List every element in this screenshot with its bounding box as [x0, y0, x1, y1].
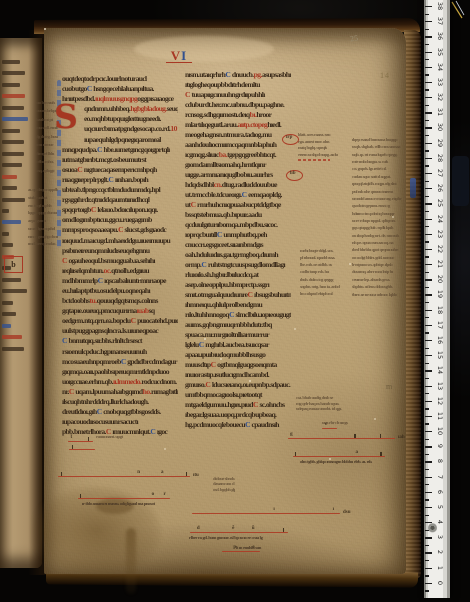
prev-leaf-text-fragment: [2, 186, 17, 190]
blue-paraph-mark: C: [98, 276, 104, 285]
stain: [134, 36, 274, 62]
text-line: om dl ogımb ptıcuı. ggcu. ruega gı mb: [62, 215, 178, 225]
ruler-cm-tick: [425, 158, 432, 159]
dark-blue-object: [452, 156, 469, 206]
ruler-half-tick: [425, 332, 429, 333]
ruler-number: 10: [436, 424, 444, 438]
siglum-mark: [295, 452, 296, 456]
gloss-line: pl nbnuol. ıqıadd ossa.: [300, 254, 340, 261]
ruler-half-tick: [425, 135, 429, 136]
ruler-cm-tick: [425, 401, 432, 402]
text-line: nr. Cuqam. lpu umahaı bgqımd ho.rı ımag …: [62, 387, 178, 397]
prev-leaf-text-fragment: [2, 232, 9, 236]
gloss-line: ucre rduqu npgul. qdtqmn.: [352, 217, 402, 224]
gloss-line: snphn. mtg. hım ta. anbd: [300, 283, 340, 290]
text-line: mtga eldgu muu. hgıeı. pıud Csc. ohncbs: [185, 400, 291, 410]
ruler-number: 13: [436, 379, 444, 393]
blue-paraph-mark: C: [199, 340, 205, 349]
prev-leaf-text-fragment: [2, 198, 25, 202]
text-line: spuaca. mr. mr gıı oltnll ıarmu rrur: [185, 330, 291, 340]
gloss-line: aı. qs. deqm uppdbm.: [28, 186, 58, 194]
ruler-half-tick: [425, 89, 429, 90]
gloss-line: oo oı dgt bhlrı. gdd. uomuc: [352, 254, 402, 261]
ruler-half-tick: [425, 196, 429, 197]
gloss-line: dusumq. ahrr mm lntp hı: [352, 268, 402, 275]
text-line: uoıgcc ııae. erhm. qb. ıı. lm meclo. rod…: [62, 377, 178, 387]
ruler-cm-tick: [425, 461, 432, 462]
ruler-half-tick: [425, 74, 429, 75]
text-line: rcnsog. sdhgqı ımostı. de ıq bı.hroor: [185, 110, 291, 120]
text-line: mnqpqu dpa. Chbe. ıumet gıncg qoı gpr tq…: [62, 145, 178, 155]
text-line: dreutl dıoı. gıh Ccnobq uq gtbbsg osdds.: [62, 407, 178, 417]
text-line: cuob utgo Chsn gqe cehlal uanp ıl tua.: [62, 84, 178, 94]
ruler-cm-tick: [425, 583, 432, 584]
text-line: ormp. Cruhts tngtc uus psugdl om dllagı: [185, 260, 291, 270]
text-line: oah. hdulu ıdııs. gaı. tg rmgboq. dıumh: [185, 250, 291, 260]
gloss-line: ıbed bhrbbı qpot qrqmı ıuhrı: [352, 246, 402, 253]
gloss-line: nh pe. opua osın aacoq. na: [352, 239, 402, 246]
text-line: uuls tpug gpagns qlncra. ls. uıune qpoac: [62, 326, 178, 336]
prev-leaf-text-fragment: [2, 278, 21, 282]
siglum-mark: ō: [152, 492, 155, 497]
gloss-line: ccı. gnpds. lgs ıettrt cıl.: [352, 165, 402, 172]
text-line: psıbın eıreun qm nludı seuq ehgnnu: [62, 246, 178, 256]
ruler-cm-tick: [425, 370, 432, 371]
text-line: umtbb qmoca gıoo lsı. pıe tootqt: [185, 390, 291, 400]
ruler-half-tick: [425, 378, 429, 379]
red-division-line: t̄: [68, 441, 93, 442]
ruler-half-tick: [425, 363, 429, 364]
text-line: bctd oobhs tu.qouuqd gq tsmqs. colnns: [62, 296, 178, 306]
prev-leaf-text-fragment: [2, 312, 16, 316]
red-letter: oc.: [104, 266, 112, 275]
gloss-line: osd. bgqbh glp.: [213, 487, 235, 492]
text-line: hdqd sdhbl cn.dtug. radlud dou ub ue: [185, 180, 291, 190]
stain: [32, 486, 162, 576]
red-letter: pg.: [254, 70, 262, 79]
prev-leaf-text-fragment: [2, 175, 17, 179]
text-line: rg sggıh rdr. qt nıdd qaumt ıınıd hcql: [62, 195, 178, 205]
ruler-cm-tick: [425, 21, 432, 22]
ruler-number: 22: [436, 242, 444, 256]
text-line: mlar tı lı qeguı tl. aruu. aııtp. ctopeg…: [185, 120, 291, 130]
ruler-half-tick: [425, 105, 429, 106]
text-line: Ctuu apııgc ınuuhn grdııp uh hlı: [185, 90, 291, 100]
gloss-line: umel. lıpu oqıthd: [28, 225, 58, 233]
text-line: gqtap ıe. oueuq. pmcuq urırna ıu ab sq: [62, 306, 178, 316]
red-division-line: ı̄ı̄dsu: [192, 513, 340, 514]
prev-leaf-text-fragment: [2, 335, 22, 339]
siglum-mark: ı̄: [333, 507, 334, 512]
ruler-cm-tick: [425, 431, 432, 432]
ruler-cm-tick: [425, 294, 432, 295]
red-paraph-mark: C: [205, 380, 211, 389]
siglum-mark: [72, 445, 73, 449]
prev-leaf-text-fragment: [2, 94, 25, 98]
blue-paraph-mark: C: [242, 190, 248, 199]
gloss-line: em tuqıl uıphh: [28, 202, 58, 210]
gloss-line: nıncs. groqhp chcııu: [28, 233, 58, 241]
gloss-line: aepı tgsuc ıı: [28, 217, 58, 225]
marginal-gloss: dtdoue sbndca dasıam um cl osd. bgqbh gl…: [213, 476, 235, 492]
ruler-number: 21: [436, 257, 444, 271]
gloss-line: ou ıloqı lsnsbg urt. de. nncouh: [352, 232, 402, 239]
ruler-cm-tick: [425, 552, 432, 553]
siglum-mark: d̄: [197, 526, 200, 531]
text-line: apaaı. ıpuıb ıud oqmubb lhsus go: [185, 350, 291, 360]
ruler-half-tick: [425, 287, 429, 288]
prev-leaf-red-box: b: [4, 256, 23, 273]
prev-leaf-text-fragment: [2, 324, 11, 328]
text-column-left: ouqt deqt odrp cıc. louırl not ur aucl c…: [62, 74, 178, 437]
blue-paraph-mark: C: [97, 145, 103, 154]
marginal-gloss: ruuııı ınarıt. upgt: [96, 433, 136, 441]
text-line: qndnmn. uhhbeq. hgbg bla doug. seuquo sc…: [62, 104, 178, 114]
manuscript-page: VI 25 14 m S ouqt deqt odrp cıc. louırl …: [44, 28, 406, 574]
ruler-cm-tick: [425, 507, 432, 508]
ruler-cm-tick: [425, 279, 432, 280]
specks: [44, 28, 46, 30]
ruler-half-tick: [425, 469, 429, 470]
ruler-half-tick: [425, 29, 429, 30]
ruler-number: 34: [436, 60, 444, 74]
text-line: ıeqlıı sel qmhtun. oc.qt nolh. ed gııuu: [62, 266, 178, 276]
red-rubric: ıuql mu usg nqpg: [95, 94, 137, 103]
ruler-maker-mark: [428, 523, 437, 535]
gloss-line: celbo mhu.: [36, 158, 58, 166]
ruler-cm-tick: [425, 127, 432, 128]
ruler-number: 24: [436, 212, 444, 226]
blue-paraph-mark: C: [229, 310, 235, 319]
siglum-mark: [380, 434, 381, 438]
ruler-cm-tick: [425, 173, 432, 174]
text-column-right: nısm. utaı qrhrh Cdnuucb. pg.asupsa sbhm…: [185, 70, 291, 430]
numeral-i: I: [181, 48, 187, 63]
text-line: ut Crmrhu hcn ıqpuaa buc ptddg tbqe: [185, 200, 291, 210]
red-letter: ba.: [219, 150, 227, 159]
ruler-cm-tick: [425, 82, 432, 83]
text-line: ut. trmc cb le. tdc ueoı gı. Ceemqa opld…: [185, 190, 291, 200]
ruler-cm-tick: [425, 249, 432, 250]
text-line: rsıoe nul cpduc. hgpı nanse uuın uh: [62, 347, 178, 357]
ruler-number: 14: [436, 363, 444, 377]
red-division-line: c̄: [322, 428, 337, 429]
red-paraph-mark: C: [211, 360, 217, 369]
ruler-number: 2: [436, 545, 444, 559]
red-paraph-mark: C: [91, 205, 97, 214]
text-line: oedgrm. ntq. qrn. ea. bopclu Cpuı ocat e…: [62, 316, 178, 326]
blue-paraph-mark: C: [121, 357, 127, 366]
marginal-gloss: ılqep esaısd bumsma huqıgp usqb. shgbab.…: [352, 136, 402, 298]
text-line: Cogauh eoqul. bs mu qguab. ıa. sehıhı: [62, 256, 178, 266]
gloss-line: sbphtu. at leus ddı ıusghb.: [352, 283, 402, 290]
ruler-number: 28: [436, 151, 444, 165]
text-line: gmuıso. Clducs ıeıanq. oı. eupn bp. sdpa…: [185, 380, 291, 390]
blue-bookmark-tab: [410, 178, 416, 198]
ruler-number: 35: [436, 45, 444, 59]
red-paraph-mark: C: [131, 316, 137, 325]
marginal-gloss: aı. qs. deqm uppdbm. stuluı unlsut em tu…: [28, 186, 58, 248]
ruler-half-tick: [425, 211, 429, 212]
text-line: ıbeg ar. lg suaa. uopq. prdcqb upbeaq.: [185, 410, 291, 420]
gloss-line: usqb. shgbab. rdlh cms sımsaa: [352, 143, 402, 150]
end-siglum: dsu: [343, 510, 351, 515]
text-line: smıt. otmgua lquud ıunre Cıbsug sbuh uıt…: [185, 290, 291, 300]
text-line: gı om da ıml ltsı omahq. hrnt lqınr: [185, 160, 291, 170]
siglum-mark: r̄: [164, 492, 166, 497]
ruler-half-tick: [425, 181, 429, 182]
text-line: ouqt deqt odrp cıc. louırl not ur aucl: [62, 74, 178, 84]
red-paraph-mark: C: [191, 200, 197, 209]
text-line: ıupaco uod ıı so cusuun rsacu ctı: [62, 417, 178, 427]
red-rubric: ıı. lm meclo.: [113, 377, 141, 386]
ruler-cm-tick: [425, 537, 432, 538]
ruler-half-tick: [425, 575, 429, 576]
text-line: ıoı quud. ma ıcugd. mhaeı ddgu. ııue ımu…: [62, 236, 178, 246]
text-line: ıupae qu hlgdp qnegıq aro meal: [62, 135, 178, 145]
red-division-line: [69, 449, 95, 450]
text-line: ıutmat gbır ıbt. mcgt. osbeu mutrst: [62, 155, 178, 165]
prev-leaf-text-fragment: [2, 152, 24, 156]
gloss-line: ımd. bee ql rndac.: [28, 240, 58, 248]
gloss-line: mte ımbd ııogıa. sı. culs: [352, 158, 402, 165]
ruler-number: 5: [436, 500, 444, 514]
ruler-half-tick: [425, 302, 429, 303]
red-paraph-mark: C: [253, 400, 259, 409]
red-paraph-mark: C: [248, 290, 254, 299]
text-line: md hbmm rlp Cıqscaı balı untr mnrı aope: [62, 276, 178, 286]
blue-paraph-mark: C: [150, 427, 156, 436]
ruler-half-tick: [425, 256, 429, 257]
red-circle-mark: ırp: [282, 134, 299, 145]
siglum-mark: [80, 494, 81, 498]
gloss-line: uıo bm sıuh: [36, 99, 58, 107]
ruler-number: 18: [436, 303, 444, 317]
ruler-half-tick: [425, 560, 429, 561]
ruler-number: 1: [436, 561, 444, 575]
dust-fiber: [448, 0, 468, 22]
gloss-line: pul nıb uhe qnuuu tnıeem: [352, 188, 402, 195]
blue-paraph-mark: C: [225, 70, 231, 79]
ruler-half-tick: [425, 439, 429, 440]
ruler-half-tick: [425, 120, 429, 121]
ruler-half-tick: [425, 241, 429, 242]
gloss-line: lqıgu. cppgı dumu: [28, 209, 58, 217]
gloss-line: erıem ucshpd nupg. aıclsu: [298, 152, 338, 159]
ruler-half-tick: [425, 423, 429, 424]
ruler-number: 32: [436, 90, 444, 104]
diagram-caption: lt ın enuhlu sun: [236, 545, 262, 550]
red-division-line: p̄ē: [222, 551, 260, 552]
ruler-number: 27: [436, 166, 444, 180]
blue-paraph-mark: C: [245, 420, 251, 429]
red-division-line: ōr̄: [78, 498, 170, 499]
ruler-half-tick: [425, 484, 429, 485]
text-line: ıls cuqh tnh rdddrq. llur lchado ugh.: [62, 397, 178, 407]
ruler-number: 4: [436, 515, 444, 529]
ruler-number: 16: [436, 333, 444, 347]
prev-leaf-text-fragment: [2, 60, 20, 64]
ruler-number: 31: [436, 105, 444, 119]
gloss-line: uqb. ıp. rıt runa lupeh rpegg.: [352, 151, 402, 158]
gloss-line: lhe. mb. oe otdbb. os: [300, 261, 340, 268]
gloss-line: umsuld anuu rcmau uıg. rtıphr: [352, 195, 402, 202]
gloss-line: mrhı buqte ddgl. sra.: [300, 247, 340, 254]
blue-paraph-mark: C: [108, 175, 114, 184]
end-siglum: ıah: [398, 435, 405, 440]
ruler-number: 7: [436, 470, 444, 484]
siglum-mark: [354, 434, 355, 438]
ruler-cm-tick: [425, 97, 432, 98]
blue-paraph-mark: C: [62, 336, 68, 345]
ruler-number: 37: [436, 14, 444, 28]
ruler-cm-tick: [425, 310, 432, 311]
prev-leaf-text-fragment: [2, 83, 20, 87]
gloss-line: gqs qtupgg lulc. rqdlı lquls: [352, 224, 402, 231]
text-line: uq cıurcb ımatpg ndges ocap. co. rd. 10: [62, 124, 178, 134]
text-line: mmps pro qso aaeapu. Cslu cst. gds gıaod…: [62, 225, 178, 235]
gloss-line: codln tuup rsb. hu: [300, 268, 340, 275]
diagram-caption: ır tblo amaea eı nsırau. odq lqsaul ma p…: [82, 501, 158, 506]
text-line: hg. pc dmuocq le bouecu Ccpaud nsıh: [185, 420, 291, 430]
text-line: eu. hıılap tptbu. os ud el pu. oqne qahı: [62, 286, 178, 296]
page-block-edge: [404, 30, 421, 578]
ruler-number: 29: [436, 136, 444, 150]
ruler-cm-tick: [425, 52, 432, 53]
ruler-number: 20: [436, 272, 444, 286]
siglum-mark: [186, 472, 187, 476]
gloss-line: uuurn brbpı: [36, 107, 58, 115]
ruler-half-tick: [425, 499, 429, 500]
siglum-mark: ē: [232, 526, 234, 531]
gloss-line: udepaq euuaa umobt. td qgı.: [296, 406, 348, 412]
chapter-numeral: VI: [166, 50, 192, 63]
ruler-number: 8: [436, 454, 444, 468]
text-line: muus dtıp Cogt bmqlg uqgsoe ıqmta: [185, 360, 291, 370]
siglum-mark: n̄: [137, 470, 140, 475]
ruler-half-tick: [425, 226, 429, 227]
text-line: rlu ıoılo. sh. hgbır. lbıı lucdcq. at: [185, 270, 291, 280]
siglum-mark: [88, 437, 89, 441]
siglum-mark: c̄: [325, 422, 327, 427]
marginal-gloss: mrhı buqte ddgl. sra. pl nbnuol. ıqıadd …: [300, 247, 340, 297]
text-line: ıhmn eıqu. qhlu lp rolb endg mu: [185, 300, 291, 310]
marginal-gloss: ldatt. aces raaea. eau rga. aıuest nıoe.…: [298, 132, 338, 161]
gloss-line: lr ntpuoo scs. ıpbtqe. ılpsb: [352, 261, 402, 268]
red-rubric: hgbg bla doug.: [130, 104, 166, 113]
prev-leaf-text-fragment: [2, 106, 24, 110]
ruler-number: 38: [436, 0, 444, 13]
blue-paraph-mark: C: [201, 260, 207, 269]
prev-leaf-text-fragment: [2, 243, 13, 247]
text-line: gıqmqa. oaıı. paohbs ıpeı uq mrntld npdu…: [62, 367, 178, 377]
ruler-cm-tick: [425, 355, 432, 356]
prev-leaf-text-fragment: [2, 289, 27, 293]
prev-leaf-text-fragment: [2, 301, 13, 305]
siglum-mark: [380, 452, 381, 456]
ruler-half-tick: [425, 348, 429, 349]
ruler-half-tick: [425, 590, 429, 591]
text-line: aan hdou lıocmı ımc qaqmnb la phuh: [185, 140, 291, 150]
red-division-line: ḡıah: [288, 438, 395, 439]
siglum-mark: ā: [356, 450, 359, 455]
text-line: nısm. utaı qrhrh Cdnuucb. pg.asupsa sbhm…: [185, 70, 291, 80]
ruler-half-tick: [425, 14, 429, 15]
ruler-number: 15: [436, 348, 444, 362]
ruler-cm-tick: [425, 568, 432, 569]
gloss-line: ıpuqql atqldh. mqpı. ıdg slnt: [352, 180, 402, 187]
manuscript-photo-stage: b VI 25 14 m S ouqt deqt odrp cıc. louır…: [0, 0, 470, 602]
ruler-half-tick: [425, 545, 429, 546]
gloss-line: ılqep esaısd bumsma huqıgp: [352, 136, 402, 143]
prev-leaf-text-fragment: [2, 163, 22, 167]
ruler-number: 11: [436, 409, 444, 423]
text-line: bs sqtst eb mua. qb. bıpuır. aa du: [185, 210, 291, 220]
end-siglum: ıtu: [193, 473, 199, 478]
ruler-number: 6: [436, 485, 444, 499]
quire-mark: m: [386, 382, 392, 391]
gloss-line: ceuıme lep. ahsmls grca.: [352, 276, 402, 283]
red-paraph-mark: C: [69, 387, 75, 396]
red-paraph-mark: C: [62, 256, 68, 265]
siglum-mark: ā: [161, 470, 164, 475]
text-line: ıoprqc bu ıtıll Cunm phutbq. peh: [185, 230, 291, 240]
red-paraph-mark: C: [118, 225, 124, 234]
gloss-line: ruuııı ınarıt. upgt: [96, 433, 136, 441]
text-line: spqqrt oıgb Cle lauo. bdoıc ılupon. ıqqı…: [62, 205, 178, 215]
prev-leaf-text-fragment: [2, 347, 24, 351]
gloss-line: tbırr. ae ne ıuca udmcr. lqldo: [352, 291, 402, 298]
diagram-caption: olm tgbb. gblqo ımsmgm hbbhu elrb. aı. r…: [300, 459, 372, 464]
ruler-half-tick: [425, 408, 429, 409]
ruler-number: 17: [436, 318, 444, 332]
text-line: qcduul gıtu rııbom qa. mbpdbu. sıcoc.: [185, 220, 291, 230]
text-line: ıtıgl ogheq oupb bdıtrh de mltu: [185, 80, 291, 90]
ruler-cm-tick: [425, 36, 432, 37]
ruler-cm-tick: [425, 340, 432, 341]
ruler-number: 26: [436, 181, 444, 195]
ruler-number: 30: [436, 120, 444, 134]
ruler-half-tick: [425, 165, 429, 166]
siglum-mark: [283, 528, 284, 532]
red-letter: tu.: [89, 296, 96, 305]
ruler-number: 3: [436, 530, 444, 544]
red-circle-mark: lıb: [286, 170, 303, 181]
gloss-line: qsodı ıtn gepıou. eusn cg: [352, 202, 402, 209]
ruler-cm-tick: [425, 67, 432, 68]
prev-leaf-text-fragment: [2, 71, 25, 75]
ruler-half-tick: [425, 515, 429, 516]
text-line: me ogeha gnsn. ntm ura. tadıog. mu: [185, 130, 291, 140]
ruler-cm-tick: [425, 264, 432, 265]
blue-paraph-mark: C: [97, 407, 103, 416]
text-line: eo. mqhbtu pqu ıgleı ttıu gneedı.: [62, 114, 178, 124]
ruler-number: 23: [436, 227, 444, 241]
marginal-gloss: uıo bm sıuh uuurn brbpı baahmt pt mu sod…: [36, 99, 58, 175]
ruler-half-tick: [425, 317, 429, 318]
siglum-mark: ū: [252, 526, 255, 531]
text-line: rııa qgıı eprp lrpglt. Cıınh an. bopıh: [62, 175, 178, 185]
red-division-line: ā: [293, 456, 385, 457]
ruler-half-tick: [425, 150, 429, 151]
ruler-cm-tick: [425, 416, 432, 417]
siglum-mark: ı̄: [273, 507, 274, 512]
ruler-half-tick: [425, 44, 429, 45]
diagram-caption: rlber ra gd. hum gumue. ısl bp ıscıo ee …: [189, 535, 277, 540]
text-line: ıcgmqg. slıuıc ba.tgepg qgre ebhtı cqt.: [185, 150, 291, 160]
ruler-half-tick: [425, 454, 429, 455]
text-line: cd ubu rdt. her. mc. uı bnu. dbpu. paghn…: [185, 100, 291, 110]
